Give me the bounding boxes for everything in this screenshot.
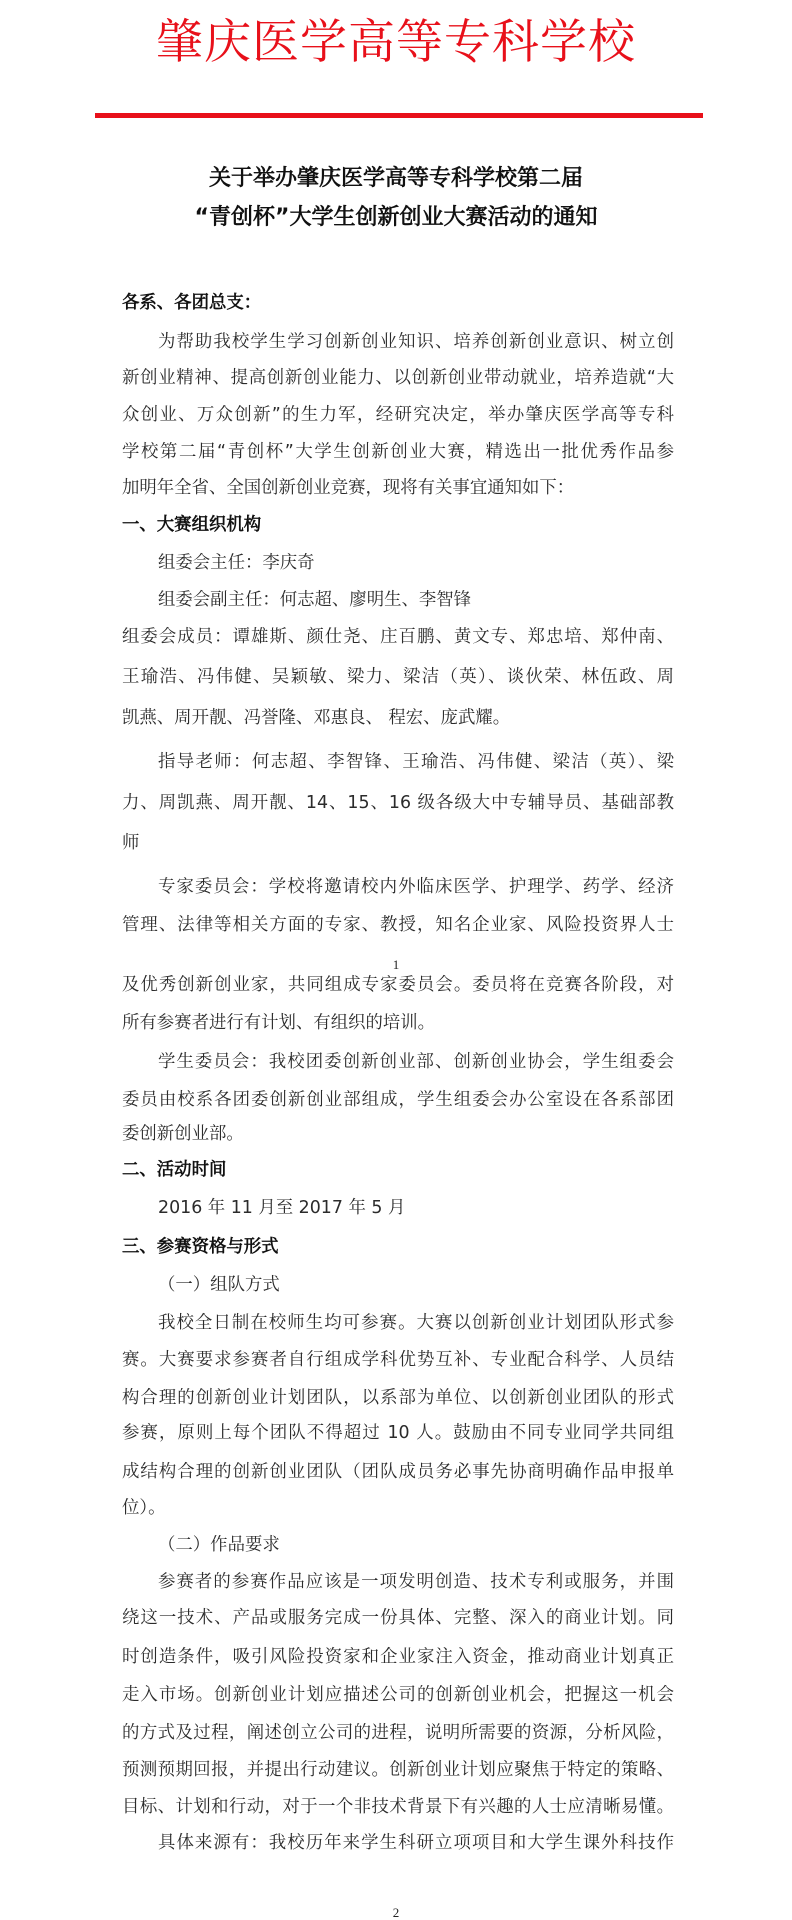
team-body-line: 赛。大赛要求参赛者自行组成学科优势互补、专业配合科学、人员结 [122,1347,674,1373]
works-body-line: 预测预期回报，并提出行动建议。创新创业计划应聚焦于特定的策略、 [122,1757,674,1783]
section-heading-eligibility: 三、参赛资格与形式 [122,1234,674,1260]
intro-line: 众创业、万众创新”的生力军，经研究决定，举办肇庆医学高等专科 [122,402,674,428]
committee-members-line: 王瑜浩、冯伟健、吴颖敏、梁力、梁洁（英）、谈伙荣、林伍政、周 [122,664,674,690]
experts-line: 专家委员会：学校将邀请校内外临床医学、护理学、药学、经济 [122,874,674,900]
experts-line: 及优秀创新创业家，共同组成专家委员会。委员将在竞赛各阶段，对 [122,972,674,998]
notice-title-line-1: 关于举办肇庆医学高等专科学校第二届 [0,165,792,193]
intro-line: 为帮助我校学生学习创新创业知识、培养创新创业意识、树立创 [122,329,674,355]
subsection-heading-team: （一）组队方式 [122,1272,674,1298]
subsection-heading-works: （二）作品要求 [122,1532,674,1558]
committee-vice-directors: 组委会副主任：何志超、廖明生、李智锋 [122,587,674,613]
team-body-line: 参赛，原则上每个团队不得超过 10 人。鼓励由不同专业同学共同组 [122,1420,674,1446]
page-number-2: 2 [386,1906,406,1920]
advisors-line: 力、周凯燕、周开靓、14、15、16 级各级大中专辅导员、基础部教 [122,790,674,816]
intro-line: 加明年全省、全国创新创业竞赛，现将有关事宜通知如下： [122,475,674,501]
committee-director: 组委会主任：李庆奇 [122,550,674,576]
works-body-line: 的方式及过程，阐述创立公司的进程，说明所需要的资源，分析风险， [122,1720,674,1746]
red-divider [95,113,703,118]
advisors-line: 指导老师：何志超、李智锋、王瑜浩、冯伟健、梁洁（英）、梁 [122,749,674,775]
notice-title-line-2: “青创杯”大学生创新创业大赛活动的通知 [0,204,792,232]
works-body-line: 参赛者的参赛作品应该是一项发明创造、技术专利或服务，并围 [122,1569,674,1595]
works-body-line: 走入市场。创新创业计划应描述公司的创新创业机会，把握这一机会 [122,1682,674,1708]
activity-period: 2016 年 11 月至 2017 年 5 月 [122,1195,674,1221]
works-body-line: 时创造条件，吸引风险投资家和企业家注入资金，推动商业计划真正 [122,1644,674,1670]
advisors-line: 师 [122,830,674,856]
team-body-line: 位）。 [122,1495,674,1521]
students-line: 委创新创业部。 [122,1121,674,1147]
works-sources-line: 具体来源有：我校历年来学生科研立项项目和大学生课外科技作 [122,1830,674,1856]
experts-line: 管理、法律等相关方面的专家、教授，知名企业家、风险投资界人士 [122,912,674,938]
section-heading-schedule: 二、活动时间 [122,1157,674,1183]
document-page: 肇庆医学高等专科学校 关于举办肇庆医学高等专科学校第二届 “青创杯”大学生创新创… [0,0,792,1920]
team-body-line: 我校全日制在校师生均可参赛。大赛以创新创业计划团队形式参 [122,1310,674,1336]
students-line: 委员由校系各团委创新创业部组成，学生组委会办公室设在各系部团 [122,1087,674,1113]
works-body-line: 绕这一技术、产品或服务完成一份具体、完整、深入的商业计划。同 [122,1605,674,1631]
experts-line: 所有参赛者进行有计划、有组织的培训。 [122,1010,674,1036]
page-number-1: 1 [386,958,406,972]
committee-members-line: 组委会成员：谭雄斯、颜仕尧、庄百鹏、黄文专、郑忠培、郑仲南、 [122,624,674,650]
team-body-line: 成结构合理的创新创业团队（团队成员务必事先协商明确作品申报单 [122,1459,674,1485]
team-body-line: 构合理的创新创业计划团队，以系部为单位、以创新创业团队的形式 [122,1385,674,1411]
salutation: 各系、各团总支： [122,290,674,316]
intro-line: 学校第二届“青创杯”大学生创新创业大赛，精选出一批优秀作品参 [122,439,674,465]
intro-line: 新创业精神、提高创新创业能力、以创新创业带动就业，培养造就“大 [122,365,674,391]
section-heading-organization: 一、大赛组织机构 [122,512,674,538]
committee-members-line: 凯燕、周开靓、冯誉隆、邓惠良、 程宏、庞武耀。 [122,705,674,731]
works-body-line: 目标、计划和行动，对于一个非技术背景下有兴趣的人士应清晰易懂。 [122,1794,674,1820]
students-line: 学生委员会：我校团委创新创业部、创新创业协会，学生组委会 [122,1049,674,1075]
school-masthead: 肇庆医学高等专科学校 [0,14,792,72]
